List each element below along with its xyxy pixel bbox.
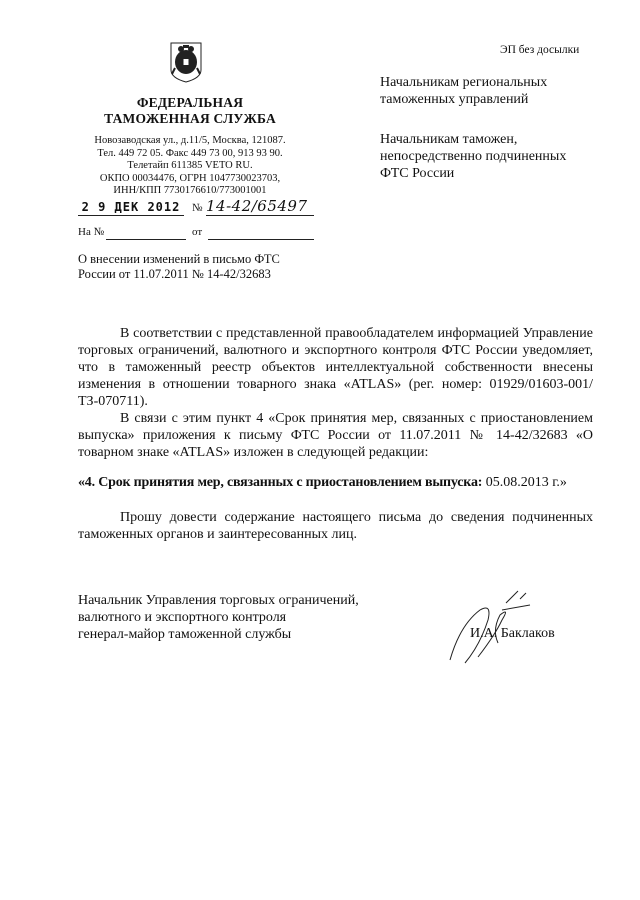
body-paragraph-3: Прошу довести содержание настоящего пись… bbox=[78, 509, 593, 543]
amended-clause-label: «4. Срок принятия мер, связанных с приос… bbox=[78, 475, 482, 490]
address-line: Новозаводская ул., д.11/5, Москва, 12108… bbox=[60, 135, 320, 148]
registration-number-handwritten: 14-42/65497 bbox=[206, 197, 314, 216]
russian-coat-of-arms-icon bbox=[168, 40, 204, 84]
organization-contacts: Новозаводская ул., д.11/5, Москва, 12108… bbox=[60, 135, 320, 198]
addressee-line: Начальникам таможен, bbox=[380, 131, 610, 148]
reply-from-date-blank bbox=[208, 239, 314, 240]
signatory-title-line: Начальник Управления торговых ограничени… bbox=[78, 592, 398, 609]
organization-name: ФЕДЕРАЛЬНАЯ ТАМОЖЕННАЯ СЛУЖБА bbox=[60, 95, 320, 127]
addressee-line: ФТС России bbox=[380, 165, 610, 182]
subject-line1: О внесении изменений в письмо ФТС bbox=[78, 252, 328, 267]
reply-to-number-blank bbox=[106, 239, 186, 240]
addressee-regional-departments: Начальникам региональных таможенных упра… bbox=[380, 74, 610, 108]
signatory-name: И.А. Баклаков bbox=[470, 626, 555, 642]
body-paragraph-2: В связи с этим пункт 4 «Срок принятия ме… bbox=[78, 410, 593, 461]
registration-date-stamp: 2 9 ДЕК 2012 bbox=[78, 200, 184, 216]
registration-number-label: № bbox=[192, 202, 203, 214]
amended-clause-quote: «4. Срок принятия мер, связанных с приос… bbox=[78, 474, 598, 491]
okpo-ogrn-line: ОКПО 00034476, ОГРН 1047730023703, bbox=[60, 173, 320, 186]
addressee-line: таможенных управлений bbox=[380, 91, 610, 108]
reply-from-date-label: от bbox=[192, 226, 202, 238]
org-name-line2: ТАМОЖЕННАЯ СЛУЖБА bbox=[60, 111, 320, 127]
signatory-title-line: валютного и экспортного контроля bbox=[78, 609, 398, 626]
addressee-line: непосредственно подчиненных bbox=[380, 148, 610, 165]
addressee-line: Начальникам региональных bbox=[380, 74, 610, 91]
reply-to-number-label: На № bbox=[78, 226, 104, 238]
signatory-title: Начальник Управления торговых ограничени… bbox=[78, 592, 398, 643]
handwritten-signature-icon bbox=[440, 585, 550, 665]
teletype-line: Телетайп 611385 VETO RU. bbox=[60, 160, 320, 173]
phone-fax-line: Тел. 449 72 05. Факс 449 73 00, 913 93 9… bbox=[60, 148, 320, 161]
registration-row: 2 9 ДЕК 2012 № 14-42/65497 bbox=[78, 200, 318, 220]
org-name-line1: ФЕДЕРАЛЬНАЯ bbox=[60, 95, 320, 111]
reply-reference-row: На № от bbox=[78, 226, 318, 242]
inn-kpp-line: ИНН/КПП 7730176610/773001001 bbox=[60, 185, 320, 198]
letter-subject: О внесении изменений в письмо ФТС России… bbox=[78, 252, 328, 282]
electronic-delivery-note: ЭП без досылки bbox=[500, 44, 579, 56]
addressee-customs-heads: Начальникам таможен, непосредственно под… bbox=[380, 131, 610, 182]
body-paragraph-1: В соответствии с представленной правообл… bbox=[78, 325, 593, 410]
signatory-title-line: генерал-майор таможенной службы bbox=[78, 626, 398, 643]
amended-clause-date: 05.08.2013 г.» bbox=[482, 475, 567, 490]
subject-line2: России от 11.07.2011 № 14-42/32683 bbox=[78, 267, 328, 282]
